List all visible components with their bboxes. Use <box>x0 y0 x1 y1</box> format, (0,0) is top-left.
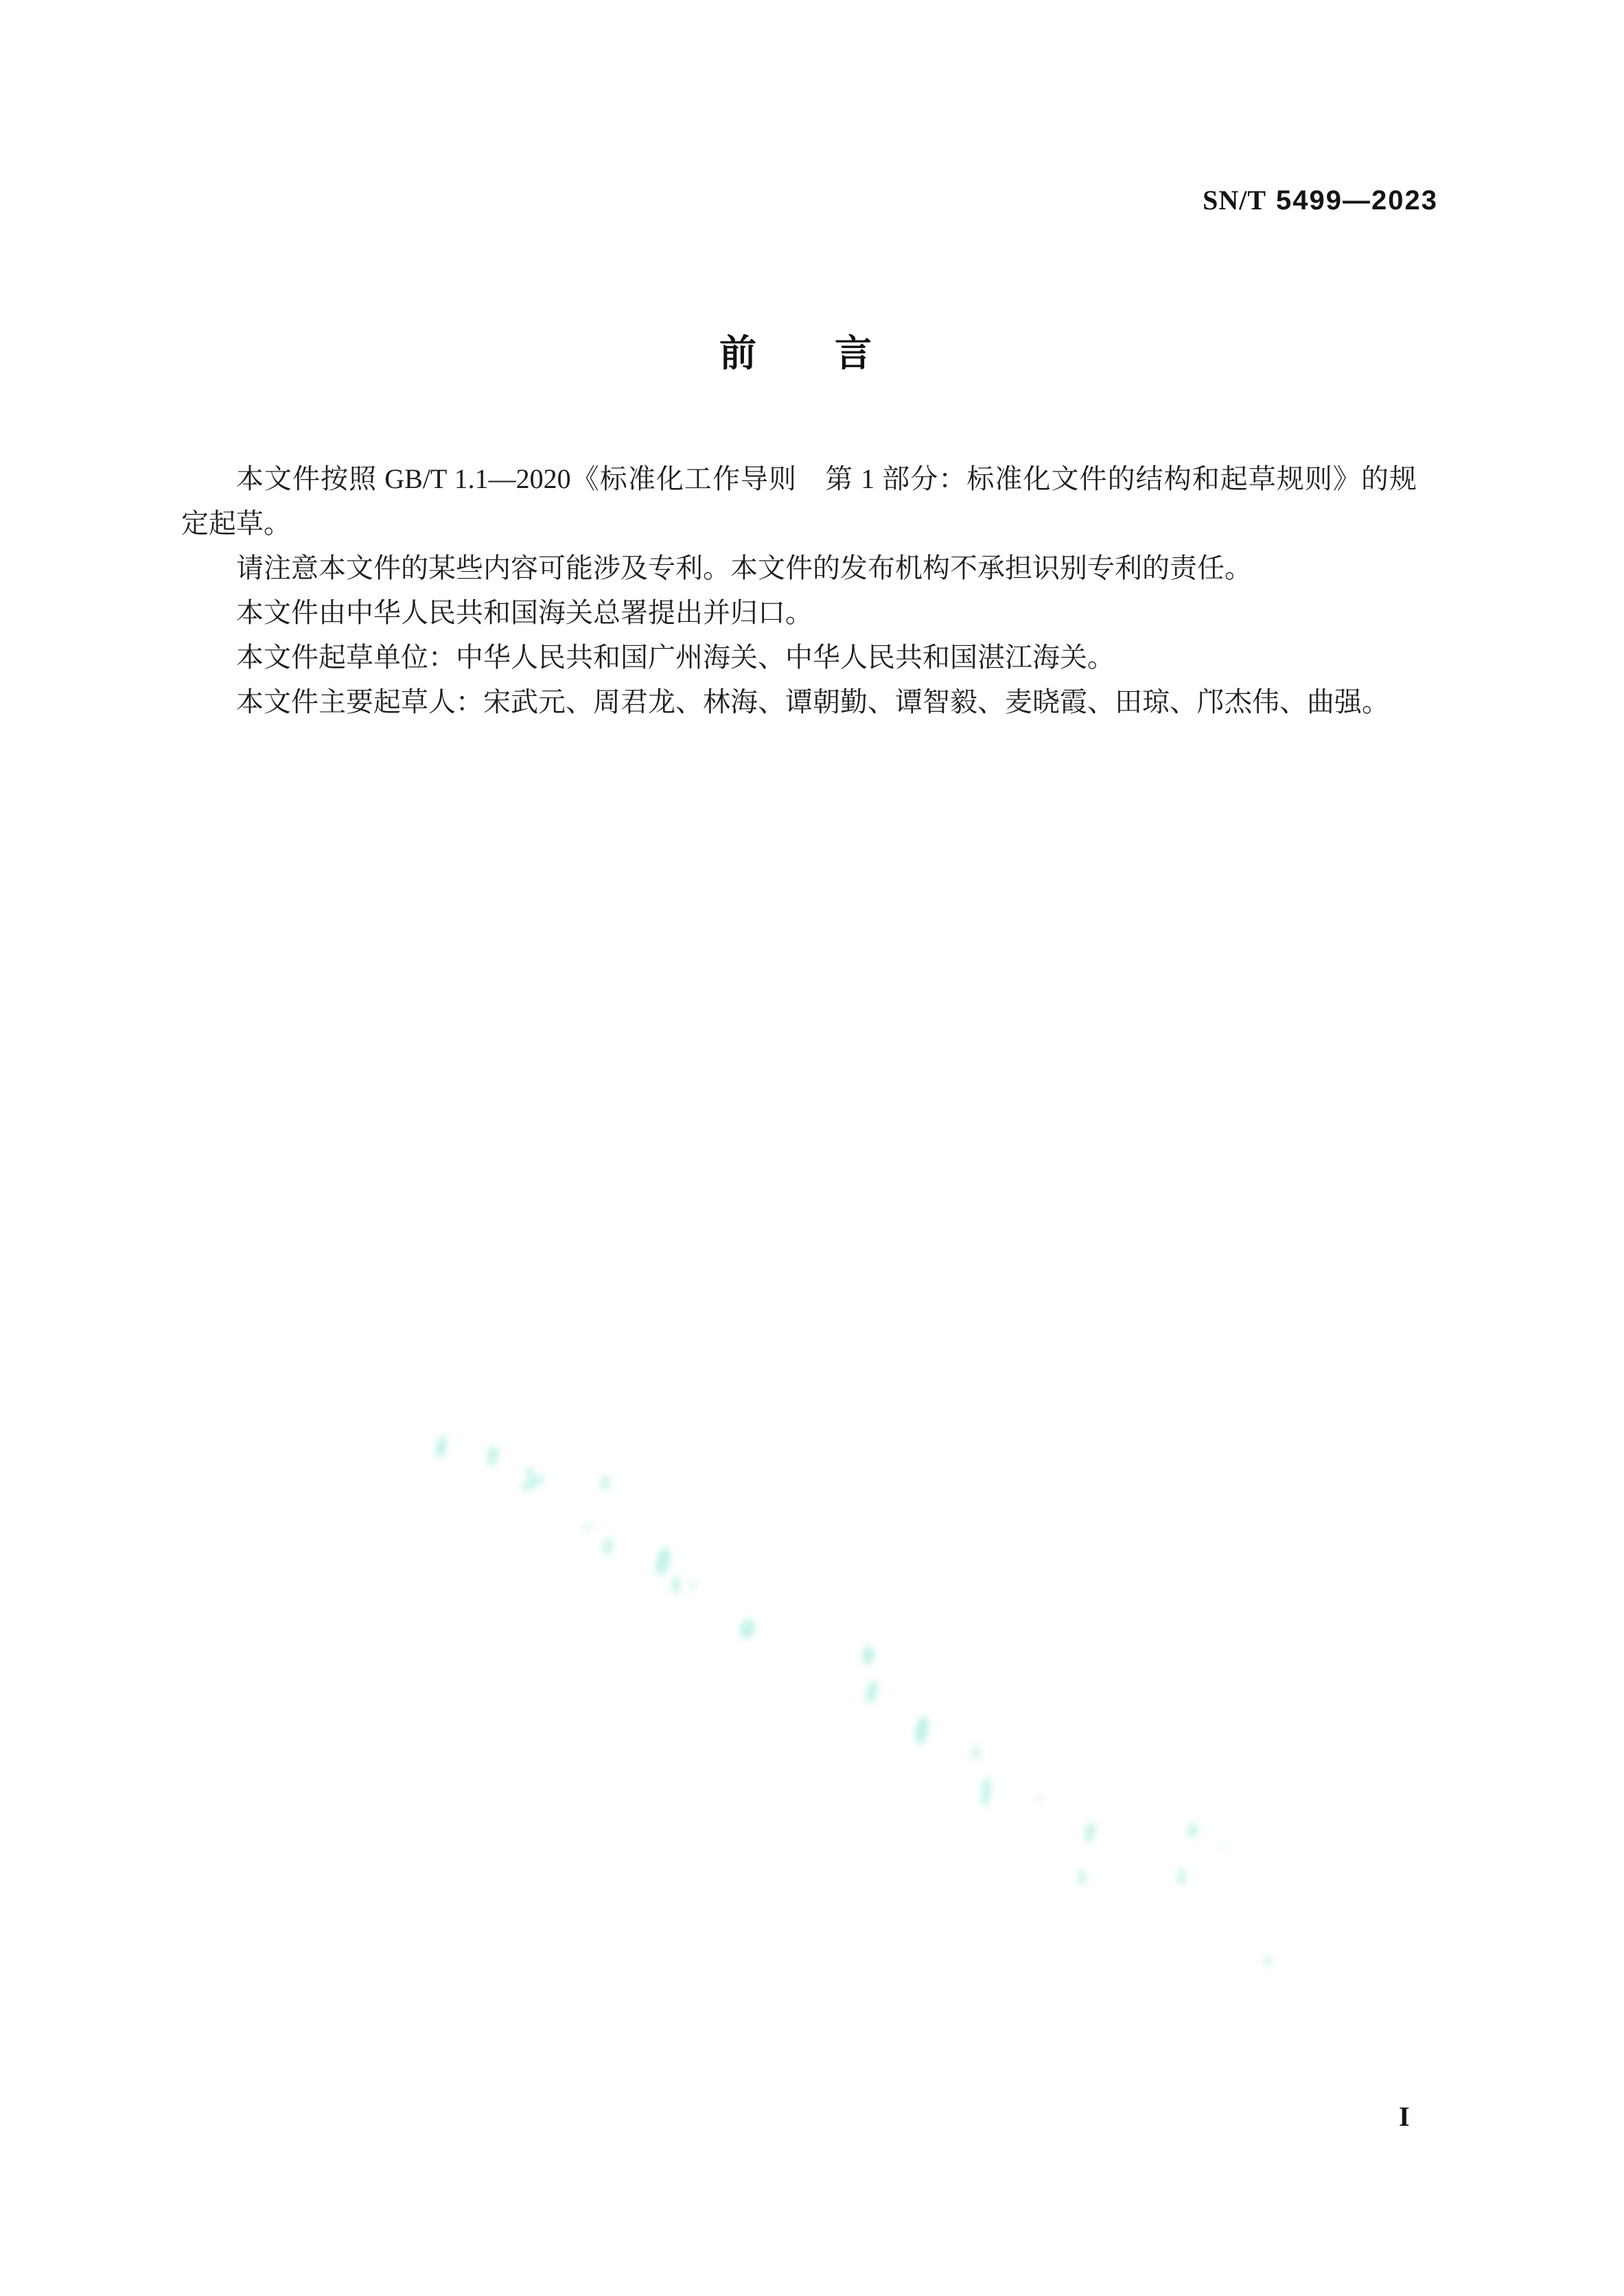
standard-code: SN/T5499—2023 <box>1203 184 1438 216</box>
scan-artifact-speck <box>1178 1868 1185 1885</box>
foreword-paragraph-drafting-rules: 本文件按照 GB/T 1.1—2020《标准化工作导则 第 1 部分：标准化文件… <box>181 456 1417 546</box>
scan-artifact-speck <box>671 1576 681 1594</box>
standard-code-prefix: SN/T <box>1203 185 1266 216</box>
scan-artifact-speck <box>600 1476 611 1491</box>
scan-artifact-speck <box>980 1776 993 1807</box>
scan-artifact-speck <box>913 1715 930 1746</box>
scan-artifact-speck <box>737 1617 757 1641</box>
scan-artifact-speck <box>864 1680 880 1705</box>
scan-artifact-speck <box>1078 1870 1087 1885</box>
scan-artifact-speck <box>583 1522 592 1532</box>
page-title: 前 言 <box>0 324 1592 377</box>
standard-code-number: 5499—2023 <box>1276 185 1438 216</box>
scan-artifact-speck <box>1083 1821 1097 1843</box>
scan-artifact-speck <box>1218 1845 1224 1852</box>
foreword-section: 本文件按照 GB/T 1.1—2020《标准化工作导则 第 1 部分：标准化文件… <box>181 456 1417 724</box>
scan-artifact-speck <box>689 1579 697 1591</box>
scan-artifact-speck <box>653 1546 673 1577</box>
scan-artifact-speck <box>1186 1822 1200 1839</box>
foreword-paragraph-patent-notice: 请注意本文件的某些内容可能涉及专利。本文件的发布机构不承担识别专利的责任。 <box>181 546 1417 590</box>
foreword-paragraph-drafting-units: 本文件起草单位：中华人民共和国广州海关、中华人民共和国湛江海关。 <box>181 635 1417 680</box>
document-page: SN/T5499—2023 前 言 本文件按照 GB/T 1.1—2020《标准… <box>0 0 1624 2296</box>
scan-artifact-speck <box>1263 1955 1271 1967</box>
page-number: I <box>1399 2100 1410 2133</box>
scan-artifact-speck <box>434 1435 448 1459</box>
scan-artifact-speck <box>861 1645 875 1666</box>
scan-artifact-speck <box>486 1445 500 1467</box>
foreword-paragraph-drafters: 本文件主要起草人：宋武元、周君龙、林海、谭朝勤、谭智毅、麦晓霞、田琼、邝杰伟、曲… <box>181 680 1417 724</box>
scan-artifact-speck <box>601 1537 614 1556</box>
foreword-paragraph-issuing-body: 本文件由中华人民共和国海关总署提出并归口。 <box>181 590 1417 635</box>
scan-artifact-speck <box>1036 1794 1043 1802</box>
scan-artifact-speck <box>972 1745 980 1760</box>
